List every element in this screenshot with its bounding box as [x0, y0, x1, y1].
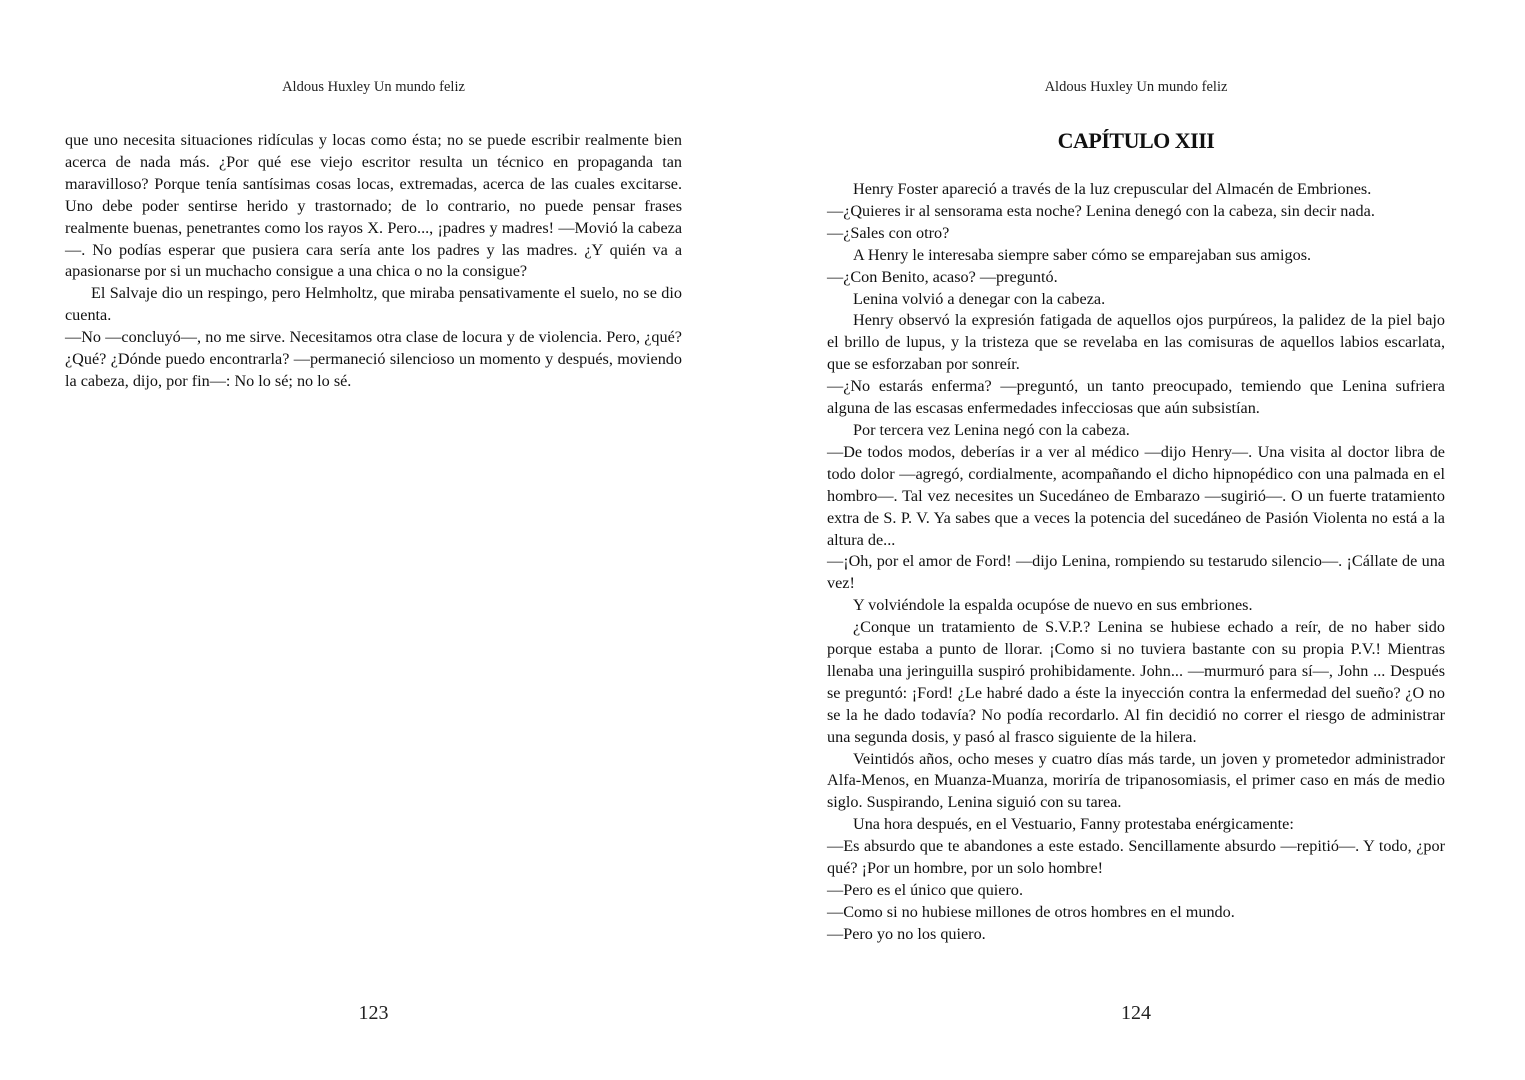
paragraph: —Pero es el único que quiero.	[827, 880, 1445, 902]
paragraph: A Henry le interesaba siempre saber cómo…	[827, 245, 1445, 267]
chapter-title: CAPÍTULO XIII	[827, 128, 1445, 154]
paragraph: Lenina volvió a denegar con la cabeza.	[827, 289, 1445, 311]
paragraph: El Salvaje dio un respingo, pero Helmhol…	[65, 283, 682, 327]
paragraph: —De todos modos, deberías ir a ver al mé…	[827, 442, 1445, 552]
right-page: Aldous Huxley Un mundo feliz CAPÍTULO XI…	[762, 0, 1525, 1080]
paragraph: Veintidós años, ocho meses y cuatro días…	[827, 749, 1445, 815]
paragraph: —¿Sales con otro?	[827, 223, 1445, 245]
paragraph: —¿No estarás enferma? —preguntó, un tant…	[827, 376, 1445, 420]
page-body: que uno necesita situaciones ridículas y…	[65, 130, 682, 393]
page-number: 123	[65, 1002, 682, 1025]
running-header: Aldous Huxley Un mundo feliz	[65, 79, 682, 96]
paragraph: —Como si no hubiese millones de otros ho…	[827, 902, 1445, 924]
paragraph: Una hora después, en el Vestuario, Fanny…	[827, 814, 1445, 836]
paragraph: —¿Con Benito, acaso? —preguntó.	[827, 267, 1445, 289]
paragraph: que uno necesita situaciones ridículas y…	[65, 130, 682, 283]
paragraph: —¿Quieres ir al sensorama esta noche? Le…	[827, 201, 1445, 223]
page-body: Henry Foster apareció a través de la luz…	[827, 179, 1445, 946]
left-page: Aldous Huxley Un mundo feliz que uno nec…	[0, 0, 762, 1080]
running-header: Aldous Huxley Un mundo feliz	[827, 79, 1445, 96]
paragraph: —Pero yo no los quiero.	[827, 924, 1445, 946]
paragraph: —¡Oh, por el amor de Ford! —dijo Lenina,…	[827, 551, 1445, 595]
paragraph: Henry Foster apareció a través de la luz…	[827, 179, 1445, 201]
paragraph: —No —concluyó—, no me sirve. Necesitamos…	[65, 327, 682, 393]
paragraph: Y volviéndole la espalda ocupóse de nuev…	[827, 595, 1445, 617]
paragraph: —Es absurdo que te abandones a este esta…	[827, 836, 1445, 880]
paragraph: ¿Conque un tratamiento de S.V.P.? Lenina…	[827, 617, 1445, 748]
page-number: 124	[827, 1002, 1445, 1025]
paragraph: Henry observó la expresión fatigada de a…	[827, 310, 1445, 376]
paragraph: Por tercera vez Lenina negó con la cabez…	[827, 420, 1445, 442]
